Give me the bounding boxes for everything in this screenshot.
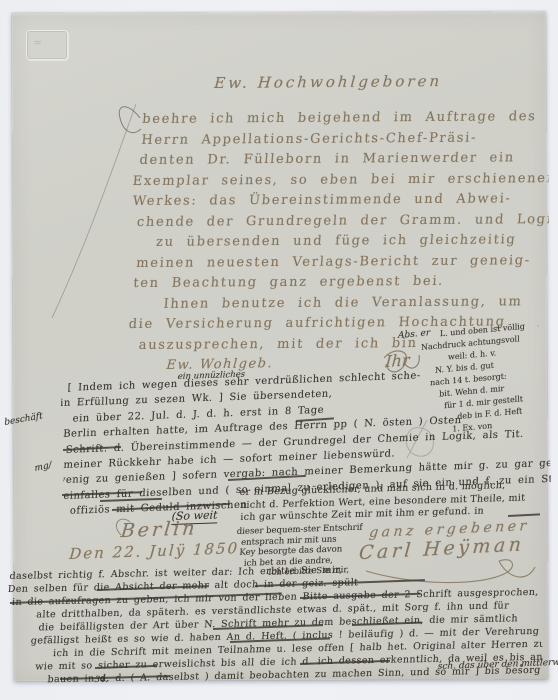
body-line: Ihnen benutze ich die Veranlassung, um (163, 292, 550, 315)
ink-dot (520, 664, 523, 667)
embossed-stamp: ≈ (26, 30, 68, 60)
paper-speck (531, 222, 534, 225)
body-line: denten Dr. Fülleborn in Marienwerder ein (139, 148, 549, 171)
salutation: Ew. Hochwohlgeboren (214, 72, 443, 92)
body-line: Werkes: das Übereinstimmende und Abwei- (132, 189, 549, 212)
body-line: beehre ich mich beigehend im Auftrage de… (141, 107, 548, 130)
body-line: zu übersenden und füge ich gleichzeitig (155, 230, 549, 253)
place-line: Berlin (120, 517, 199, 542)
body-line: Herrn Appellations-Gerichts-Chef-Präsi- (140, 128, 548, 151)
draft-right-half: er in Bezug glücklicher, und man sich in… (240, 479, 543, 524)
scanned-letter-page: ≈ Ew. Hochwohlgeboren beehre ich mich be… (0, 0, 558, 700)
embossed-stamp-mark: ≈ (33, 36, 44, 49)
body-line: ten Beachtung ganz ergebenst bei. (132, 271, 549, 294)
body-line: Exemplar seines, so eben bei mir erschie… (132, 169, 549, 192)
body-line: chende der Grundregeln der Gramm. und Lo… (136, 210, 549, 233)
body-line: meinen neuesten Verlags-Bericht zur gene… (135, 251, 549, 274)
paper-speck (537, 325, 539, 327)
letter-body: beehre ich mich beigehend im Auftrage de… (128, 107, 550, 356)
